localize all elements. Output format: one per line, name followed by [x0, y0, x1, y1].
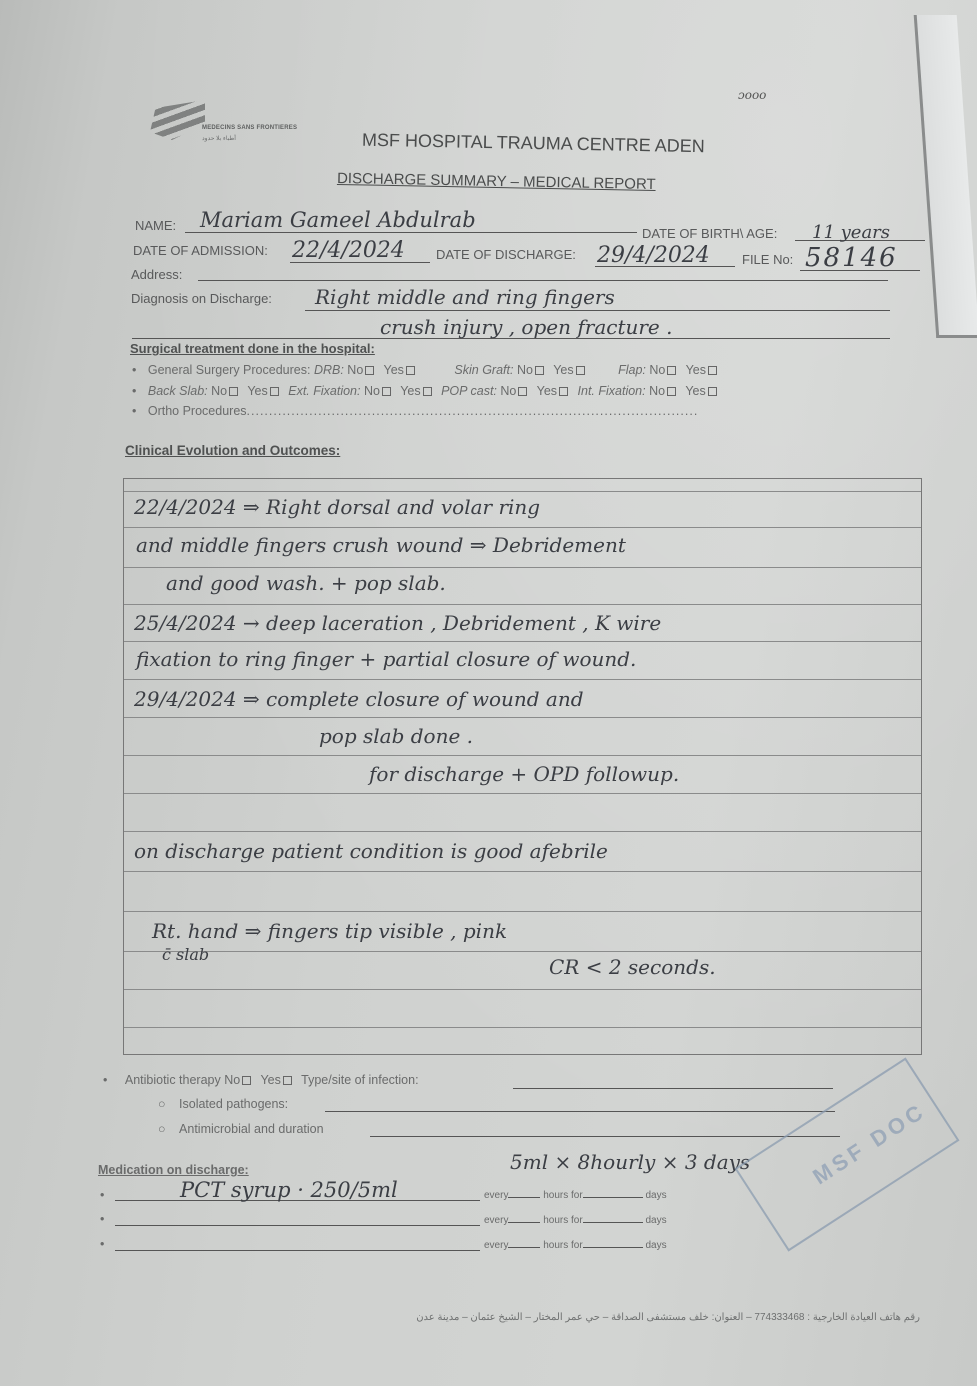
note-line: fixation to ring finger + partial closur… — [136, 647, 636, 671]
pathogens-field[interactable] — [325, 1111, 835, 1112]
discharge-label: DATE OF DISCHARGE: — [436, 247, 576, 262]
msf-doc-stamp: MSF DOC — [734, 1057, 959, 1251]
antimicrobial-label: Antimicrobial and duration — [179, 1122, 324, 1136]
surgery-row-general: • General Surgery Procedures: DRB: No Ye… — [132, 363, 723, 377]
diagnosis-label: Diagnosis on Discharge: — [131, 291, 272, 306]
int-fixation-yes-checkbox[interactable] — [708, 387, 717, 396]
medication-schedule: every hours for days — [484, 1240, 667, 1251]
int-fixation-no-label: No — [649, 384, 665, 398]
note-line: 22/4/2024 ⇒ Right dorsal and volar ring — [134, 495, 540, 519]
medication-header: Medication on discharge: — [98, 1163, 249, 1177]
flap-label: Flap: — [618, 363, 646, 377]
medication-row: • — [100, 1188, 104, 1202]
note-line: Rt. hand ⇒ fingers tip visible , pink — [152, 919, 507, 943]
back-slab-no-label: No — [211, 384, 227, 398]
note-line: and good wash. + pop slab. — [166, 571, 446, 595]
ext-fixation-yes-label: Yes — [400, 384, 420, 398]
back-slab-yes-checkbox[interactable] — [270, 387, 279, 396]
back-slab-yes-label: Yes — [247, 384, 267, 398]
skin-graft-yes-checkbox[interactable] — [576, 366, 585, 375]
note-line: and middle fingers crush wound ⇒ Debride… — [136, 533, 626, 557]
pop-cast-yes-label: Yes — [537, 384, 557, 398]
days-label: days — [645, 1240, 666, 1251]
ext-fixation-label: Ext. Fixation: — [288, 384, 360, 398]
hours-for-label: hours for — [543, 1190, 582, 1201]
int-fixation-yes-label: Yes — [685, 384, 705, 398]
note-line: pop slab done . — [319, 724, 473, 748]
note-line: on discharge patient condition is good a… — [134, 839, 608, 863]
flap-no-checkbox[interactable] — [667, 366, 676, 375]
clinical-evolution-header: Clinical Evolution and Outcomes: — [125, 443, 340, 458]
medication-drug[interactable]: PCT syrup · 250/5ml — [180, 1178, 398, 1202]
document-title: DISCHARGE SUMMARY – MEDICAL REPORT — [337, 170, 656, 193]
note-line: c̄ slab — [162, 945, 209, 964]
antibiotic-yes-label: Yes — [260, 1073, 280, 1087]
admission-value[interactable]: 22/4/2024 — [292, 238, 405, 263]
medication-schedule: every hours for days — [484, 1215, 667, 1226]
antibiotic-label: Antibiotic therapy — [125, 1073, 221, 1087]
ext-fixation-yes-checkbox[interactable] — [423, 387, 432, 396]
diagnosis-line-2[interactable]: crush injury , open fracture . — [380, 315, 672, 339]
antibiotic-row: • Antibiotic therapy No Yes Type/site of… — [103, 1073, 419, 1087]
flap-yes-checkbox[interactable] — [708, 366, 717, 375]
antibiotic-no-checkbox[interactable] — [242, 1076, 251, 1085]
surgery-row-ortho-procedures: • Ortho Procedures......................… — [132, 404, 698, 418]
skin-graft-label: Skin Graft: — [454, 363, 513, 377]
medication-schedule: every hours for days — [484, 1190, 667, 1201]
hours-for-label: hours for — [543, 1240, 582, 1251]
address-label: Address: — [131, 267, 182, 282]
skin-graft-yes-label: Yes — [553, 363, 573, 377]
pop-cast-yes-checkbox[interactable] — [559, 387, 568, 396]
hospital-title: MSF HOSPITAL TRAUMA CENTRE ADEN — [362, 130, 705, 158]
skin-graft-no-label: No — [517, 363, 533, 377]
antimicrobial-row: ○ Antimicrobial and duration — [158, 1122, 324, 1136]
antibiotic-yes-checkbox[interactable] — [283, 1076, 292, 1085]
ext-fixation-no-checkbox[interactable] — [382, 387, 391, 396]
drb-yes-label: Yes — [384, 363, 404, 377]
diagnosis-line-1[interactable]: Right middle and ring fingers — [315, 285, 615, 309]
logo-arabic-text: أطباء بلا حدود — [202, 135, 236, 142]
skin-graft-no-checkbox[interactable] — [535, 366, 544, 375]
stamp-text: MSF DOC — [808, 1098, 931, 1190]
medication-row: • — [100, 1237, 104, 1251]
dob-label: DATE OF BIRTH\ AGE: — [642, 226, 777, 241]
days-label: days — [645, 1190, 666, 1201]
ortho-procedures-label: Ortho Procedures — [148, 404, 247, 418]
corner-code: ɔooo — [738, 88, 766, 102]
name-label: NAME: — [135, 218, 176, 233]
surgical-treatment-header: Surgical treatment done in the hospital: — [130, 341, 375, 356]
days-label: days — [645, 1215, 666, 1226]
file-label: FILE No: — [742, 252, 793, 267]
flap-yes-label: Yes — [686, 363, 706, 377]
file-value[interactable]: 58146 — [805, 243, 898, 273]
admission-label: DATE OF ADMISSION: — [133, 243, 268, 258]
pathogens-row: ○ Isolated pathogens: — [158, 1097, 288, 1111]
surgery-row-ortho-options: • Back Slab: No Yes Ext. Fixation: No Ye… — [132, 384, 723, 398]
drb-no-checkbox[interactable] — [365, 366, 374, 375]
name-value[interactable]: Mariam Gameel Abdulrab — [200, 208, 476, 232]
infection-type-label: Type/site of infection: — [301, 1073, 418, 1087]
medication-row: • — [100, 1212, 104, 1226]
msf-logo: MEDECINS SANS FRONTIERES أطباء بلا حدود — [150, 95, 320, 150]
footer-address: رقم هاتف العيادة الخارجية : 774333468 – … — [200, 1312, 920, 1323]
antimicrobial-field[interactable] — [370, 1136, 840, 1137]
every-label: every — [484, 1240, 508, 1251]
antibiotic-no-label: No — [224, 1073, 240, 1087]
msf-logo-icon — [150, 100, 205, 140]
flap-no-label: No — [649, 363, 665, 377]
discharge-value[interactable]: 29/4/2024 — [597, 243, 710, 268]
pop-cast-label: POP cast: — [441, 384, 497, 398]
ext-fixation-no-label: No — [364, 384, 380, 398]
drb-no-label: No — [347, 363, 363, 377]
int-fixation-label: Int. Fixation: — [578, 384, 646, 398]
pop-cast-no-label: No — [500, 384, 516, 398]
note-line: 29/4/2024 ⇒ complete closure of wound an… — [134, 687, 584, 711]
back-slab-no-checkbox[interactable] — [229, 387, 238, 396]
logo-text: MEDECINS SANS FRONTIERES — [202, 125, 297, 131]
note-line: CR < 2 seconds. — [549, 955, 716, 979]
infection-type-field[interactable] — [513, 1088, 833, 1089]
drb-label: DRB: — [314, 363, 344, 377]
drb-yes-checkbox[interactable] — [406, 366, 415, 375]
pop-cast-no-checkbox[interactable] — [518, 387, 527, 396]
dob-value[interactable]: 11 years — [812, 222, 890, 243]
clinical-notes-box[interactable]: 22/4/2024 ⇒ Right dorsal and volar ring … — [123, 478, 922, 1055]
back-slab-label: Back Slab: — [148, 384, 208, 398]
every-label: every — [484, 1215, 508, 1226]
general-surgery-label: General Surgery Procedures: — [148, 363, 311, 377]
hours-for-label: hours for — [543, 1215, 582, 1226]
every-label: every — [484, 1190, 508, 1201]
int-fixation-no-checkbox[interactable] — [667, 387, 676, 396]
note-line: for discharge + OPD followup. — [369, 762, 679, 786]
medication-dose-note[interactable]: 5ml × 8hourly × 3 days — [510, 1150, 750, 1174]
pathogens-label: Isolated pathogens: — [179, 1097, 288, 1111]
torn-paper-edge — [914, 15, 977, 338]
note-line: 25/4/2024 → deep laceration , Debridemen… — [134, 611, 661, 635]
